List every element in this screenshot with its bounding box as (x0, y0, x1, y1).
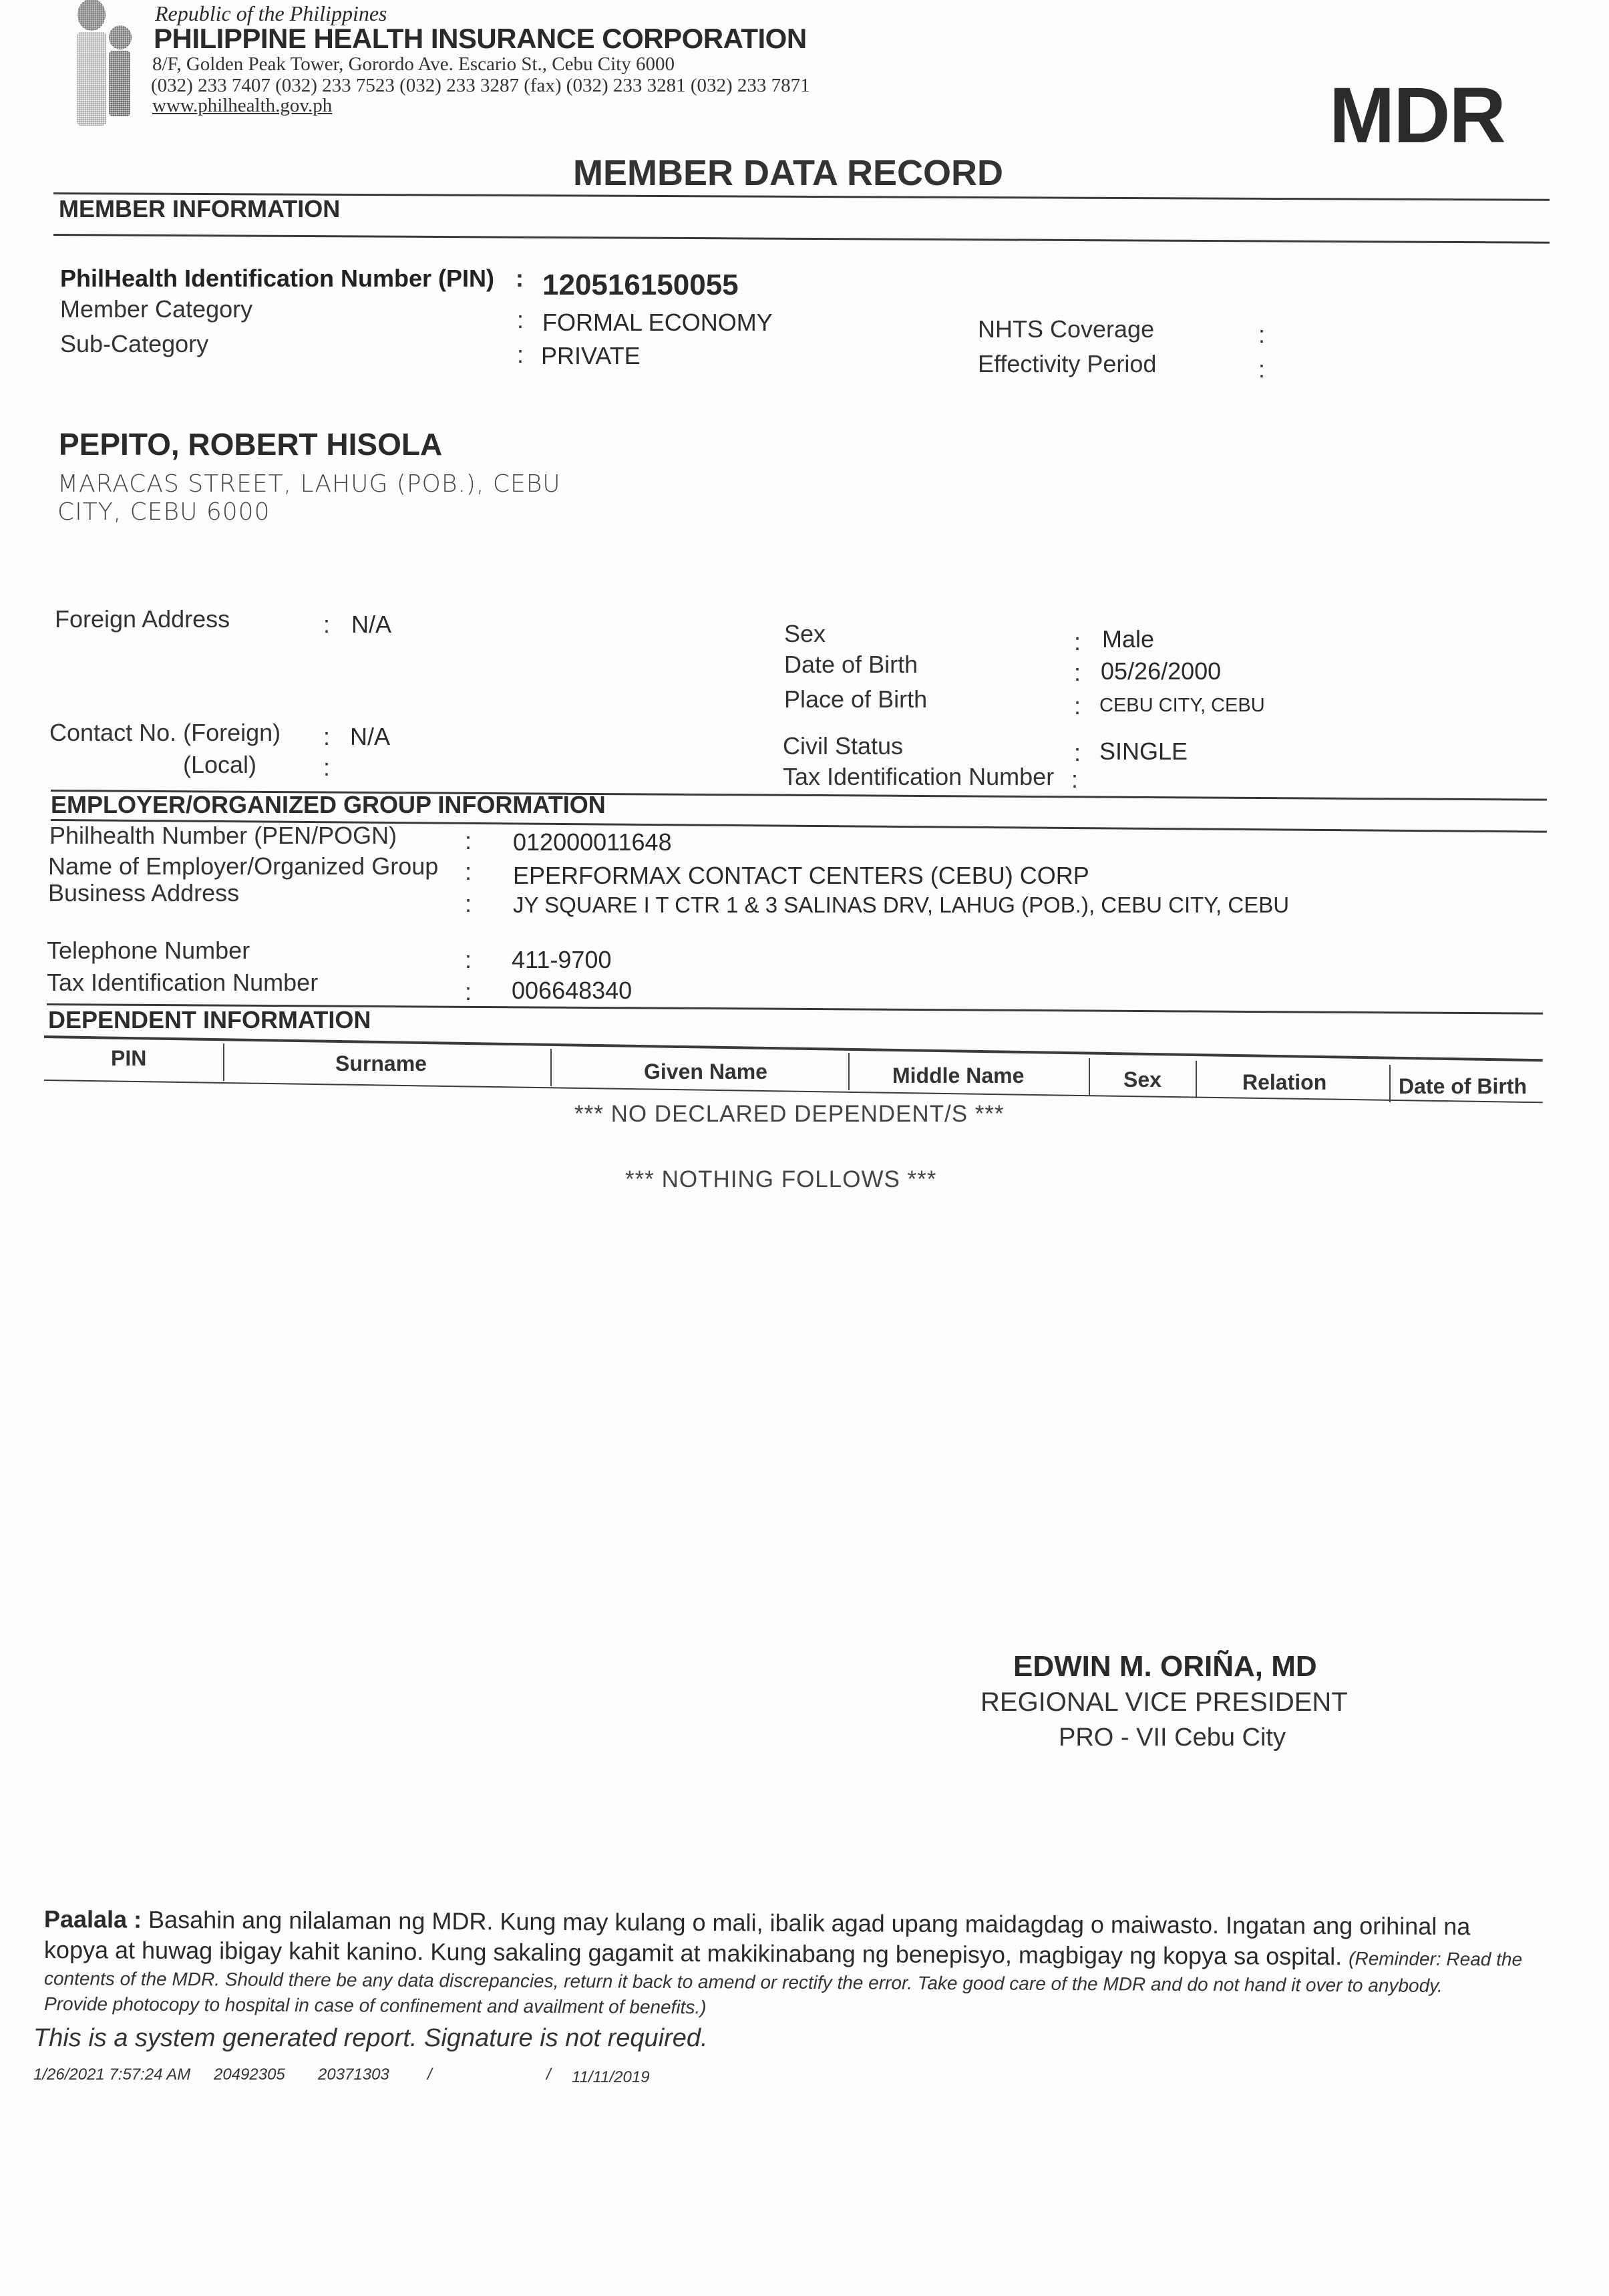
column-header-date-of-birth: Date of Birth (1399, 1074, 1527, 1099)
business-address-label: Business Address (48, 879, 239, 907)
colon: : (1258, 321, 1265, 349)
colon: : (517, 341, 524, 369)
page-title: MEMBER DATA RECORD (573, 152, 1003, 194)
member-address-line2: CITY, CEBU 6000 (57, 498, 271, 526)
colon: : (323, 754, 330, 782)
date-2: 11/11/2019 (572, 2068, 650, 2087)
column-header-surname: Surname (335, 1051, 427, 1076)
colon: : (517, 306, 524, 334)
column-divider (550, 1049, 552, 1086)
separator: / (546, 2066, 551, 2084)
column-divider (848, 1053, 850, 1090)
member-address-line1: MARACAS STREET, LAHUG (POB.), CEBU (57, 470, 561, 498)
member-category-label: Member Category (60, 295, 252, 323)
colon: : (323, 611, 330, 639)
sex-label: Sex (784, 620, 826, 648)
sex-value: Male (1102, 625, 1154, 653)
column-header-pin: PIN (111, 1046, 146, 1071)
colon: : (1074, 739, 1081, 767)
organization-name: PHILIPPINE HEALTH INSURANCE CORPORATION (154, 23, 807, 55)
paalala-line1: Paalala : Basahin ang nilalaman ng MDR. … (44, 1905, 1471, 1941)
date-of-birth-value: 05/26/2000 (1101, 657, 1221, 685)
section-employer-information: EMPLOYER/ORGANIZED GROUP INFORMATION (51, 791, 606, 819)
paalala-label: Paalala : (44, 1905, 142, 1933)
english-note-line1: contents of the MDR. Should there be any… (44, 1968, 1443, 1997)
pen-label: Philhealth Number (PEN/POGN) (49, 822, 397, 850)
effectivity-period-label: Effectivity Period (978, 350, 1156, 378)
organization-phones: (032) 233 7407 (032) 233 7523 (032) 233 … (151, 75, 810, 97)
colon: : (1074, 659, 1081, 687)
place-of-birth-value: CEBU CITY, CEBU (1099, 695, 1265, 717)
signatory-office: PRO - VII Cebu City (1059, 1724, 1286, 1752)
employer-tin-label: Tax Identification Number (47, 969, 318, 997)
employer-name-label: Name of Employer/Organized Group (48, 852, 438, 880)
reference-number-1: 20492305 (214, 2066, 285, 2084)
colon: : (1071, 766, 1078, 794)
civil-status-value: SINGLE (1099, 737, 1188, 766)
telephone-value: 411-9700 (512, 946, 611, 974)
employer-tin-value: 006648340 (512, 977, 632, 1005)
column-header-given-name: Given Name (644, 1059, 767, 1084)
reference-number-2: 20371303 (318, 2066, 389, 2084)
signatory-name: EDWIN M. ORIÑA, MD (1013, 1650, 1317, 1683)
pin-label: PhilHealth Identification Number (PIN) (60, 265, 494, 293)
form-code: MDR (1329, 70, 1505, 161)
member-name: PEPITO, ROBERT HISOLA (59, 426, 442, 462)
pin-value: 120516150055 (542, 269, 739, 302)
contact-foreign-value: N/A (350, 723, 390, 751)
column-header-middle-name: Middle Name (892, 1063, 1024, 1088)
colon: : (465, 858, 472, 886)
sub-category-value: PRIVATE (541, 342, 641, 370)
colon: : (465, 827, 472, 855)
member-tin-label: Tax Identification Number (783, 763, 1054, 791)
colon: : (323, 723, 330, 751)
business-address-value: JY SQUARE I T CTR 1 & 3 SALINAS DRV, LAH… (513, 892, 1289, 918)
telephone-label: Telephone Number (47, 937, 250, 965)
sub-category-label: Sub-Category (60, 330, 208, 358)
english-note-line2: Provide photocopy to hospital in case of… (44, 1993, 707, 2018)
employer-name-value: EPERFORMAX CONTACT CENTERS (CEBU) CORP (513, 862, 1089, 890)
paalala-text2: kopya at huwag ibigay kahit kanino. Kung… (44, 1936, 1342, 1970)
reminder-tail: (Reminder: Read the (1349, 1948, 1522, 1969)
divider (53, 234, 1550, 244)
column-divider (223, 1043, 224, 1081)
column-header-sex: Sex (1123, 1068, 1161, 1092)
no-dependents-note: *** NO DECLARED DEPENDENT/S *** (574, 1101, 1005, 1128)
colon: : (1258, 355, 1265, 383)
civil-status-label: Civil Status (783, 732, 903, 760)
colon: : (1074, 692, 1081, 720)
colon: : (465, 978, 472, 1006)
nothing-follows-note: *** NOTHING FOLLOWS *** (625, 1166, 936, 1193)
section-dependent-information: DEPENDENT INFORMATION (48, 1006, 371, 1034)
signatory-title: REGIONAL VICE PRESIDENT (980, 1687, 1348, 1717)
colon: : (516, 265, 524, 293)
organization-address: 8/F, Golden Peak Tower, Gorordo Ave. Esc… (152, 53, 675, 75)
philhealth-logo-icon (70, 0, 150, 127)
date-of-birth-label: Date of Birth (784, 651, 918, 679)
colon: : (1074, 628, 1081, 656)
foreign-address-label: Foreign Address (55, 605, 230, 633)
column-divider (1196, 1061, 1197, 1098)
contact-foreign-label: Contact No. (Foreign) (49, 719, 281, 747)
column-header-relation: Relation (1242, 1070, 1326, 1095)
separator: / (427, 2066, 432, 2084)
nhts-coverage-label: NHTS Coverage (978, 315, 1154, 343)
contact-local-label: (Local) (183, 751, 256, 779)
member-category-value: FORMAL ECONOMY (542, 309, 773, 337)
paalala-text1: Basahin ang nilalaman ng MDR. Kung may k… (148, 1906, 1470, 1940)
place-of-birth-label: Place of Birth (784, 685, 927, 713)
pen-value: 012000011648 (513, 828, 672, 856)
column-divider (1089, 1058, 1090, 1096)
colon: : (465, 946, 472, 974)
foreign-address-value: N/A (351, 611, 391, 639)
section-member-information: MEMBER INFORMATION (59, 195, 340, 223)
column-divider (1389, 1065, 1391, 1102)
table-header-top-border (44, 1035, 1543, 1061)
colon: : (465, 890, 472, 918)
system-generated-note: This is a system generated report. Signa… (33, 2024, 708, 2053)
organization-website-link[interactable]: www.philhealth.gov.ph (152, 95, 332, 117)
paalala-line2: kopya at huwag ibigay kahit kanino. Kung… (44, 1936, 1522, 1972)
generated-datetime: 1/26/2021 7:57:24 AM (33, 2066, 190, 2084)
